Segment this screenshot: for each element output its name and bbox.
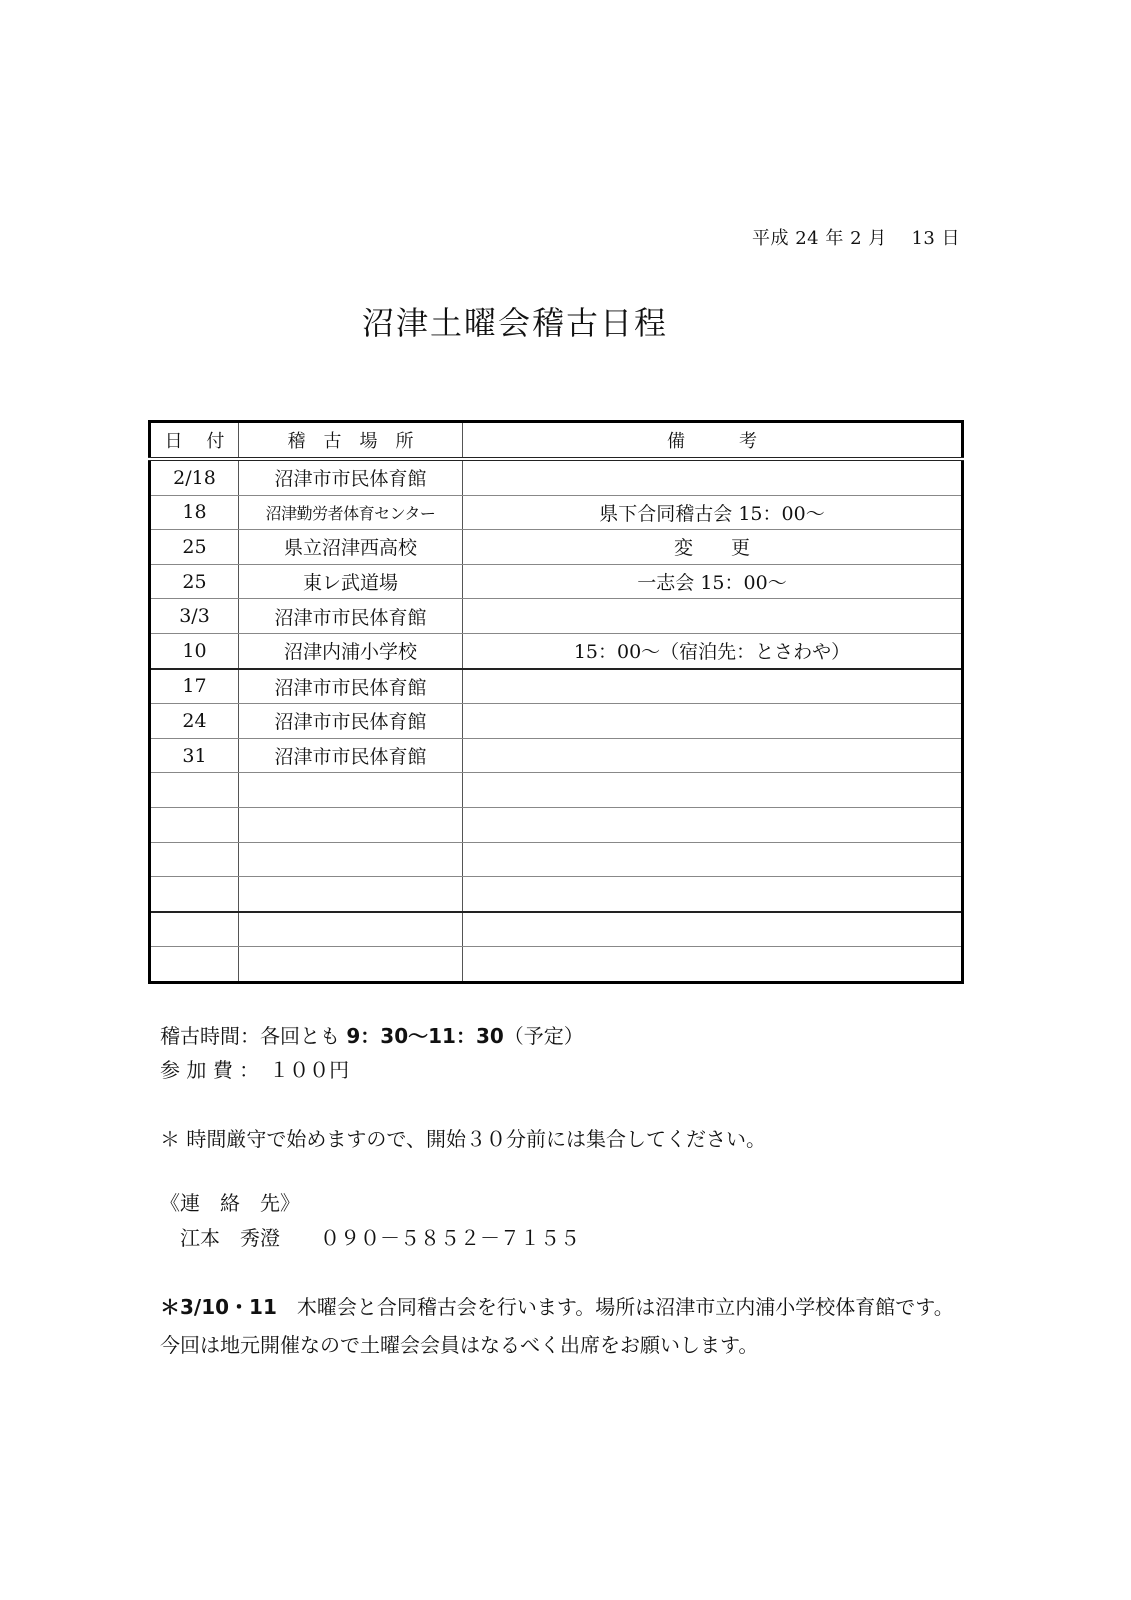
document-date: 平成 24 年 2 月 13 日 xyxy=(752,224,960,250)
table-row: 17沼津市市民体育館 xyxy=(150,669,963,704)
cell-place: 沼津勤労者体育センター xyxy=(239,495,463,530)
table-row: 10沼津内浦小学校15：00～（宿泊先：とさわや） xyxy=(150,633,963,668)
participation-fee: 参 加 費 ： １００円 xyxy=(160,1054,349,1083)
page-title: 沼津土曜会稽古日程 xyxy=(362,298,668,344)
cell-note xyxy=(463,912,963,947)
cell-date: 17 xyxy=(150,669,239,704)
table-row xyxy=(150,773,963,808)
cell-date xyxy=(150,947,239,983)
cell-date xyxy=(150,842,239,877)
cell-date xyxy=(150,877,239,912)
cell-place xyxy=(239,842,463,877)
cell-note xyxy=(463,947,963,983)
cell-place: 沼津市市民体育館 xyxy=(239,704,463,739)
cell-date: 31 xyxy=(150,738,239,773)
table-row xyxy=(150,807,963,842)
cell-note xyxy=(463,877,963,912)
cell-note: 変 更 xyxy=(463,530,963,565)
punctuality-note: ＊ 時間厳守で始めますので、開始３０分前には集合してください。 xyxy=(160,1123,766,1152)
cell-date: 25 xyxy=(150,564,239,599)
table-row: 2/18沼津市市民体育館 xyxy=(150,459,963,495)
cell-place: 県立沼津西高校 xyxy=(239,530,463,565)
cell-note xyxy=(463,599,963,634)
joint-practice-dates: ＊3/10・11 xyxy=(160,1295,277,1319)
cell-place xyxy=(239,912,463,947)
cell-date: 18 xyxy=(150,495,239,530)
cell-note xyxy=(463,669,963,704)
contact-heading: 《連 絡 先》 xyxy=(160,1187,300,1216)
practice-time-suffix: （予定） xyxy=(504,1024,584,1048)
cell-date: 25 xyxy=(150,530,239,565)
cell-place xyxy=(239,773,463,808)
table-row: 18沼津勤労者体育センター県下合同稽古会 15：00～ xyxy=(150,495,963,530)
cell-note: 15：00～（宿泊先：とさわや） xyxy=(463,633,963,668)
table-row: 3/3沼津市市民体育館 xyxy=(150,599,963,634)
table-row xyxy=(150,842,963,877)
table-row: 31沼津市市民体育館 xyxy=(150,738,963,773)
cell-date: 10 xyxy=(150,633,239,668)
cell-date: 3/3 xyxy=(150,599,239,634)
cell-note xyxy=(463,459,963,495)
joint-practice-text: 木曜会と合同稽古会を行います。場所は沼津市立内浦小学校体育館です。今回は地元開催… xyxy=(160,1295,954,1357)
schedule-table: 日 付 稽 古 場 所 備 考 2/18沼津市市民体育館 18沼津勤労者体育セン… xyxy=(148,420,964,984)
practice-time: 稽古時間：各回とも 9：30～11：30（予定） xyxy=(160,1020,584,1049)
cell-place: 東レ武道場 xyxy=(239,564,463,599)
joint-practice-note: ＊3/10・11 木曜会と合同稽古会を行います。場所は沼津市立内浦小学校体育館で… xyxy=(160,1288,960,1364)
cell-note: 県下合同稽古会 15：00～ xyxy=(463,495,963,530)
table-header-row: 日 付 稽 古 場 所 備 考 xyxy=(150,422,963,460)
cell-note xyxy=(463,704,963,739)
cell-date: 2/18 xyxy=(150,459,239,495)
contact-line: 江本 秀澄 ０９０－５８５２－７１５５ xyxy=(160,1222,580,1251)
practice-time-label: 稽古時間：各回とも xyxy=(160,1024,346,1048)
column-header-date: 日 付 xyxy=(150,422,239,460)
table-row: 24沼津市市民体育館 xyxy=(150,704,963,739)
cell-place: 沼津内浦小学校 xyxy=(239,633,463,668)
cell-place: 沼津市市民体育館 xyxy=(239,669,463,704)
cell-place: 沼津市市民体育館 xyxy=(239,599,463,634)
cell-note xyxy=(463,738,963,773)
practice-time-value: 9：30～11：30 xyxy=(346,1024,503,1048)
table-row: 25東レ武道場一志会 15：00～ xyxy=(150,564,963,599)
cell-place xyxy=(239,807,463,842)
cell-place xyxy=(239,877,463,912)
table-row: 25県立沼津西高校変 更 xyxy=(150,530,963,565)
cell-note: 一志会 15：00～ xyxy=(463,564,963,599)
cell-note xyxy=(463,773,963,808)
column-header-place: 稽 古 場 所 xyxy=(239,422,463,460)
cell-date: 24 xyxy=(150,704,239,739)
cell-note xyxy=(463,842,963,877)
cell-date xyxy=(150,773,239,808)
cell-place xyxy=(239,947,463,983)
table-row xyxy=(150,877,963,912)
table-row xyxy=(150,912,963,947)
column-header-notes: 備 考 xyxy=(463,422,963,460)
cell-place: 沼津市市民体育館 xyxy=(239,459,463,495)
cell-date xyxy=(150,807,239,842)
cell-date xyxy=(150,912,239,947)
cell-note xyxy=(463,807,963,842)
cell-place: 沼津市市民体育館 xyxy=(239,738,463,773)
table-row xyxy=(150,947,963,983)
